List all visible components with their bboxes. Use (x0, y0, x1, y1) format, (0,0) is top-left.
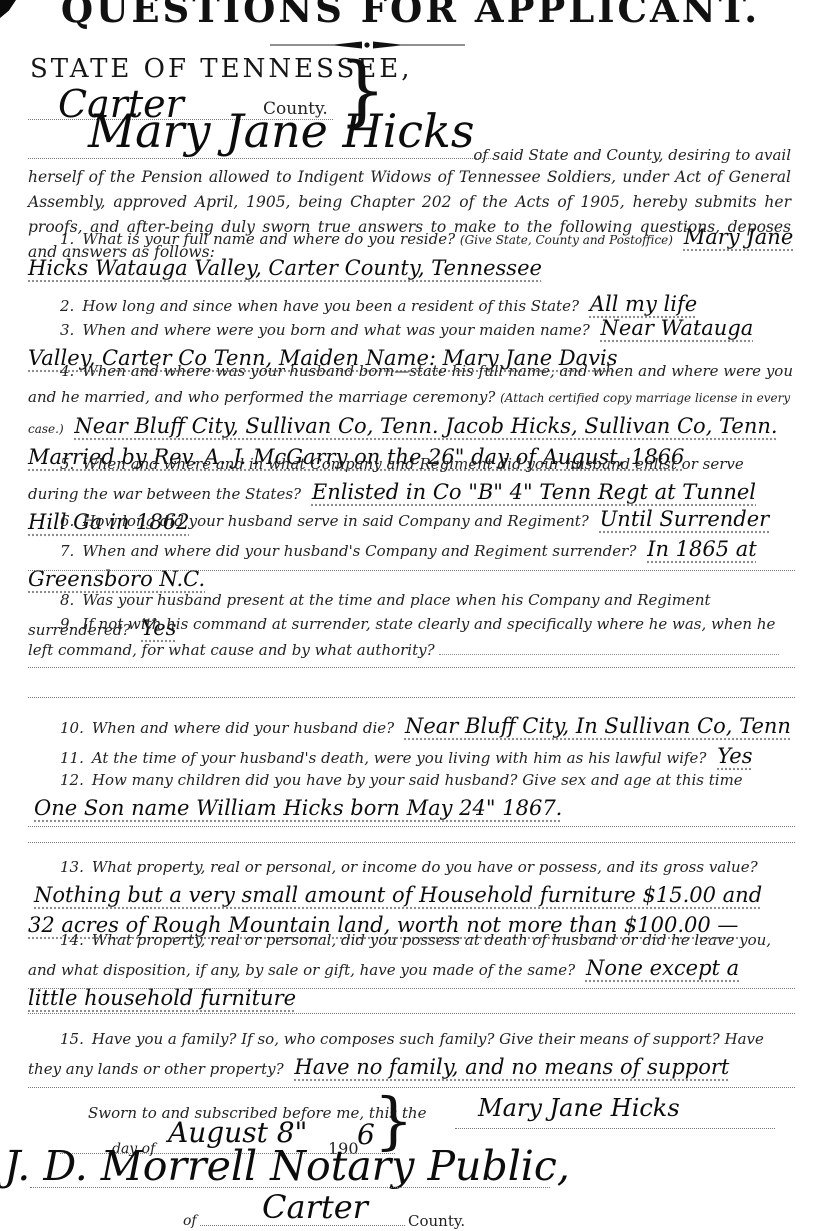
footer-county-label: County. (408, 1208, 465, 1231)
question-1-hint: (Give State, County and Postoffice) (460, 233, 673, 247)
question-9-number: 9. (28, 615, 82, 633)
question-7: 7.When and where did your husband's Comp… (28, 534, 795, 594)
question-13-number: 13. (28, 858, 92, 876)
applicant-signature: Mary Jane Hicks (478, 1094, 680, 1122)
question-11-number: 11. (28, 749, 92, 767)
question-12-text: How many children did you have by your s… (92, 771, 743, 789)
answer-11: Yes (711, 744, 752, 768)
ruled-line (28, 842, 795, 843)
of-label: of (183, 1208, 197, 1231)
question-1-number: 1. (28, 230, 82, 248)
question-15-number: 15. (28, 1030, 92, 1048)
applicant-name-handwritten: Mary Jane Hicks (88, 104, 475, 158)
question-10: 10.When and where did your husband die? … (28, 711, 795, 741)
name-rule (28, 158, 493, 159)
document-page: QUESTIONS FOR APPLICANT. STATE OF TENNES… (0, 0, 821, 1231)
footer-county-handwritten: Carter (262, 1188, 368, 1226)
question-12: 12.How many children did you have by you… (28, 767, 795, 823)
ruled-line (28, 1013, 795, 1014)
question-7-text: When and where did your husband's Compan… (82, 542, 636, 560)
question-6-number: 6. (28, 512, 82, 530)
question-10-text: When and where did your husband die? (92, 719, 394, 737)
question-14-number: 14. (28, 931, 92, 949)
question-14: 14.What property, real or personal, did … (28, 927, 795, 1013)
empty-answer-line (439, 642, 779, 655)
question-6: 6.How long did your husband serve in sai… (28, 504, 795, 534)
question-7-number: 7. (28, 542, 82, 560)
question-11-text: At the time of your husband's death, wer… (92, 749, 707, 767)
question-1-text: What is your full name and where do you … (82, 230, 455, 248)
ruled-line (28, 667, 795, 668)
answer-6: Until Surrender (594, 507, 770, 531)
ruled-line (28, 826, 795, 827)
signature-rule (455, 1128, 775, 1129)
question-9: 9.If not with his command at surrender, … (28, 611, 795, 663)
ruled-line (28, 988, 795, 989)
ruled-line (28, 697, 795, 698)
question-12-number: 12. (28, 771, 92, 789)
question-10-number: 10. (28, 719, 92, 737)
answer-10: Near Bluff City, In Sullivan Co, Tenn (399, 714, 791, 738)
question-8-number: 8. (28, 591, 82, 609)
notary-signature: J. D. Morrell Notary Public, (4, 1142, 570, 1190)
question-15: 15.Have you a family? If so, who compose… (28, 1026, 795, 1082)
question-3-text: When and where were you born and what wa… (82, 321, 589, 339)
ruled-line (28, 570, 795, 571)
answer-15: Have no family, and no means of support (288, 1055, 729, 1079)
question-3-number: 3. (28, 321, 82, 339)
question-5-number: 5. (28, 455, 82, 473)
question-1: 1.What is your full name and where do yo… (28, 222, 795, 283)
question-13-text: What property, real or personal, or inco… (92, 858, 758, 876)
answer-12: One Son name William Hicks born May 24" … (28, 796, 562, 820)
question-6-text: How long did your husband serve in said … (82, 512, 589, 530)
page-title: QUESTIONS FOR APPLICANT. (0, 0, 821, 31)
question-4-number: 4. (28, 362, 82, 380)
